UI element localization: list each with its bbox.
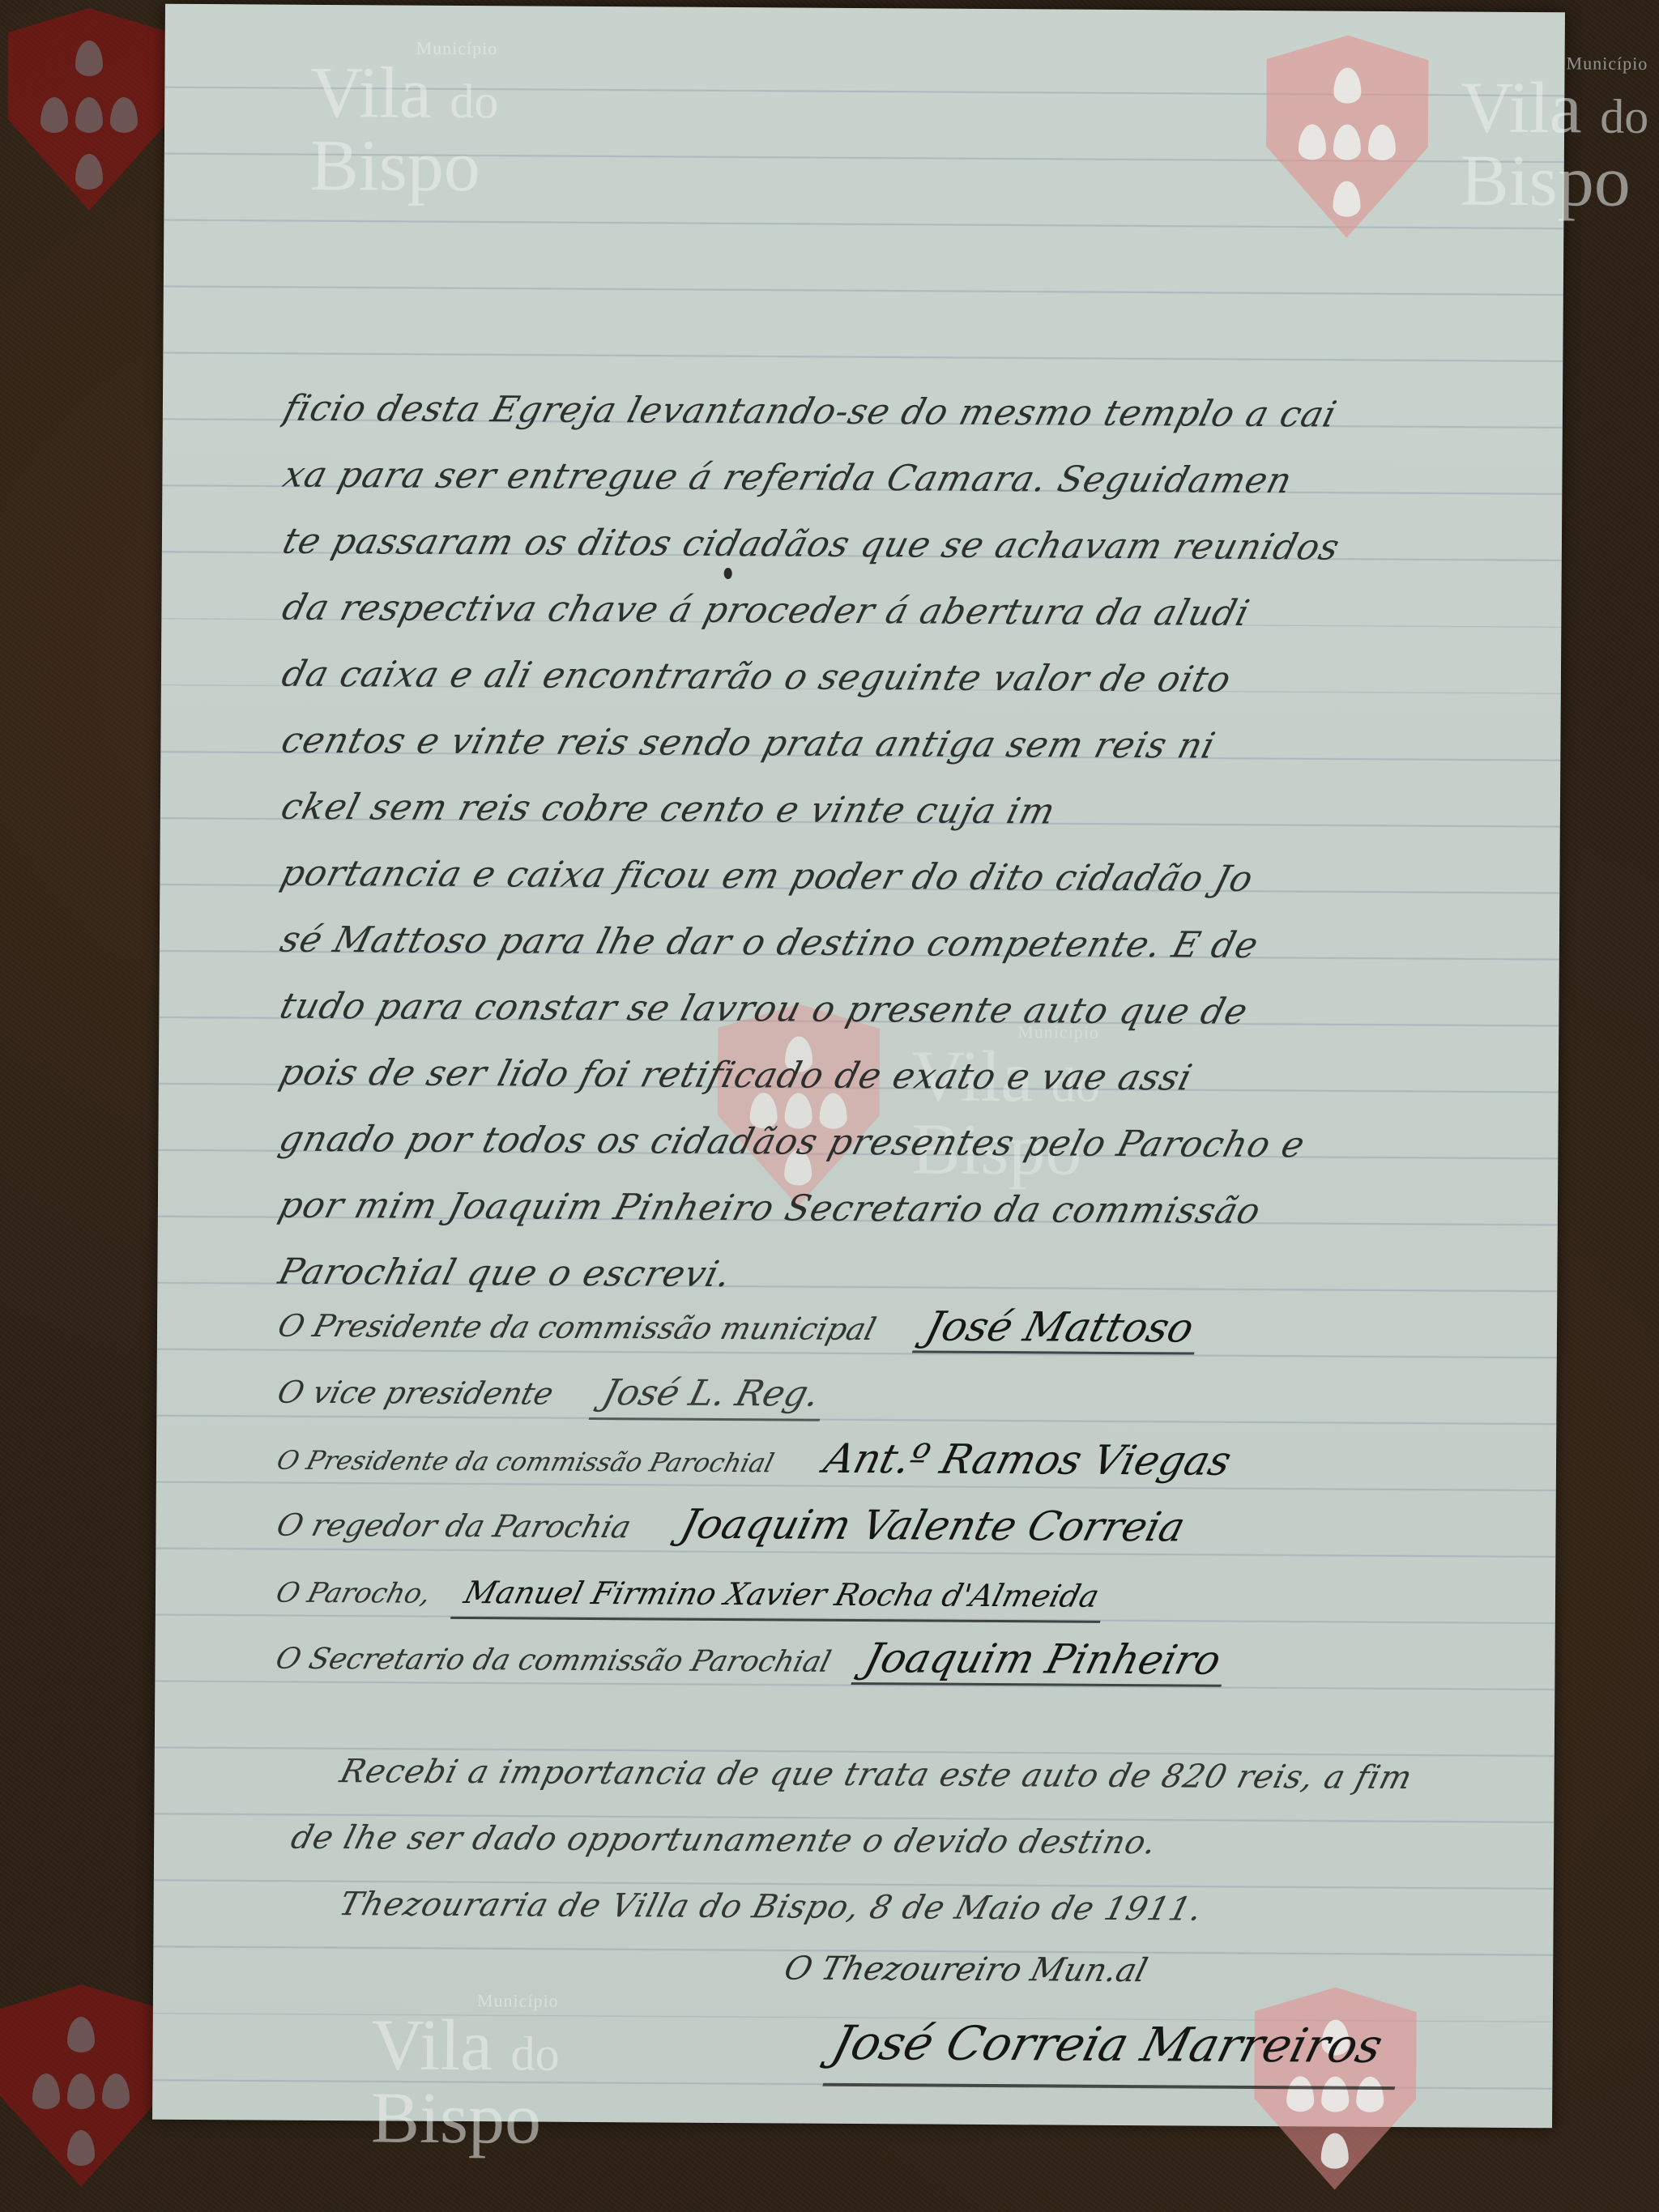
text-line: por mim Joaquim Pinheiro Secretario da c… [271, 1173, 1520, 1247]
signature-row-regedor: O regedor da Parochia Joaquim Valente Co… [269, 1492, 1517, 1566]
signature: Manuel Firmino Xavier Rocha d'Almeida [450, 1568, 1113, 1623]
signature-role: O Secretario da commissão Parochial [268, 1626, 838, 1696]
text-line: tudo para constar se lavrou o presente a… [272, 974, 1520, 1047]
signature: Joaquim Valente Correia [667, 1500, 1198, 1552]
watermark-wordmark: Município Vila do Bispo [371, 1991, 560, 2155]
signature-row-parish-president: O Presidente da commissão Parochial Ant.… [270, 1426, 1518, 1499]
signature-row-secretary: O Secretario da commissão Parochial Joaq… [268, 1625, 1516, 1698]
receipt-line: de lhe ser dado opportunamente o devido … [284, 1805, 1532, 1878]
signature-role: O regedor da Parochia [269, 1492, 638, 1561]
signature-role: O Presidente da commissão Parochial [269, 1427, 782, 1497]
watermark-wordmark: Município Vila do Bispo [1460, 54, 1648, 219]
text-line: xa para ser entregue á referida Camara. … [275, 442, 1524, 516]
text-line: ficio desta Egreja levantando-se do mesm… [276, 376, 1525, 450]
text-line: gnado por todos os cidadãos presentes pe… [271, 1106, 1520, 1180]
manuscript-page: Município Vila do Bispo Município Vila d… [152, 4, 1565, 2129]
shield-logo-icon [1265, 35, 1429, 238]
signature-row-parocho: O Parocho, Manuel Firmino Xavier Rocha d… [269, 1558, 1517, 1632]
text-line: da caixa e ali encontrarão o seguinte va… [275, 641, 1523, 715]
watermark-bottom-left-text: Município Vila do Bispo [177, 1972, 599, 2185]
text-line: da respectiva chave á proceder á abertur… [275, 575, 1523, 649]
receipt-line: Recebi a importancia de que trata este a… [284, 1738, 1532, 1812]
signature-role: O Parocho, [268, 1560, 438, 1627]
text-line: ckel sem reis cobre cento e vinte cuja i… [274, 774, 1522, 848]
watermark-top-right: Município Vila do Bispo [1265, 35, 1659, 248]
text-line: sé Mattoso para lhe dar o destino compet… [273, 907, 1521, 981]
treasurer-signature: O Thezoureiro Mun.al José Correia Marrei… [784, 1935, 1514, 2090]
shield-logo-icon [0, 1984, 162, 2187]
watermark-wordmark: Município Vila do Bispo [310, 39, 499, 203]
text-line: portancia e caixa ficou em poder do dito… [273, 841, 1521, 914]
signature-row-vice-president: O vice presidente José L. Reg. [270, 1359, 1518, 1433]
text-line: te passaram os ditos cidadãos que se ach… [275, 509, 1524, 582]
signature: José L. Reg. [589, 1369, 833, 1421]
signature: José Mattoso [912, 1302, 1207, 1355]
text-line: centos e vinte reis sendo prata antiga s… [274, 708, 1522, 782]
shield-logo-icon [8, 8, 170, 211]
text-line: pois de ser lido foi retificado de exato… [272, 1040, 1520, 1114]
receipt-date-line: Thezouraria de Villa do Bispo, 8 de Maio… [283, 1871, 1531, 1945]
treasurer-title: O Thezoureiro Mun.al [777, 1936, 1523, 2006]
signature-role: O Presidente da commissão municipal [271, 1293, 884, 1362]
receipt-note: Recebi a importancia de que trata este a… [283, 1738, 1515, 1945]
signature: Ant.º Ramos Viegas [811, 1434, 1244, 1485]
signature-block: O Presidente da commissão municipal José… [268, 1293, 1502, 1698]
manuscript-body: ficio desta Egreja levantando-se do mesm… [271, 376, 1508, 1313]
signature: Joaquim Pinheiro [851, 1634, 1234, 1687]
treasurer-name: José Correia Marreiros [822, 2002, 1416, 2090]
watermark-top-left-text: Município Vila do Bispo [115, 19, 538, 232]
signature-role: O vice presidente [270, 1359, 561, 1427]
signature-row-president: O Presidente da commissão municipal José… [271, 1293, 1519, 1366]
